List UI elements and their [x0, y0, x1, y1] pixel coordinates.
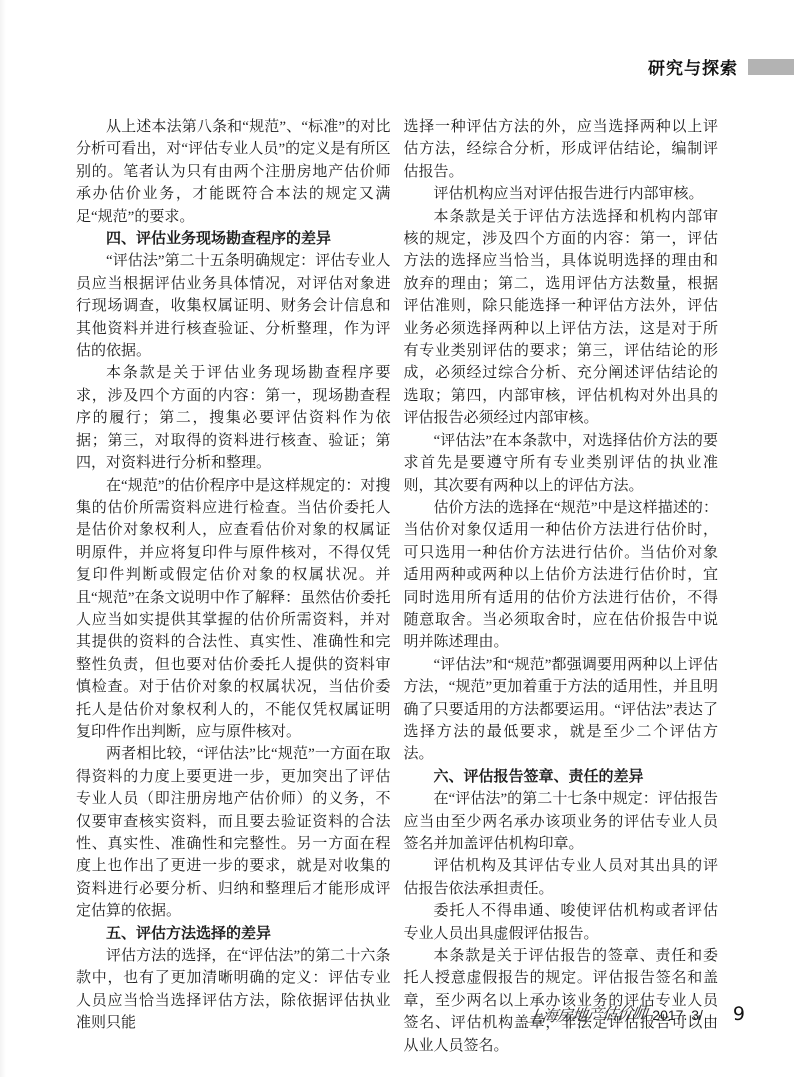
section-heading: 六、评估报告签章、责任的差异 — [404, 766, 719, 788]
paragraph: 选择一种评估方法的外，应当选择两种以上评估方法，经综合分析，形成评估结论，编制评… — [404, 116, 719, 183]
paragraph: 评估方法的选择，在“评估法”的第二十六条款中，也有了更加清晰明确的定义：评估专业… — [76, 945, 391, 1035]
paragraph: 本条款是关于评估方法选择和机构内部审核的规定，涉及四个方面的内容：第一，评估方法… — [404, 206, 719, 430]
section-heading: 五、评估方法选择的差异 — [76, 923, 391, 945]
page-number: 9 — [733, 1003, 745, 1025]
paragraph: 两者相比较，“评估法”比“规范”一方面在取得资料的力度上要更进一步，更加突出了评… — [76, 743, 391, 922]
left-column: 从上述本法第八条和“规范”、“标准”的对比分析可看出，对“评估专业人员”的定义是… — [76, 116, 391, 1057]
paragraph: 估价方法的选择在“规范”中是这样描述的：当估价对象仅适用一种估价方法进行估价时，… — [404, 497, 719, 654]
document-page: 研究与探索 从上述本法第八条和“规范”、“标准”的对比分析可看出，对“评估专业人… — [0, 0, 794, 1077]
section-heading: 四、评估业务现场勘查程序的差异 — [76, 228, 391, 250]
paragraph: “评估法”和“规范”都强调要用两种以上评估方法，“规范”更加着重于方法的适用性，… — [404, 654, 719, 766]
paragraph: 评估机构及其评估专业人员对其出具的评估报告依法承担责任。 — [404, 855, 719, 900]
paragraph: 从上述本法第八条和“规范”、“标准”的对比分析可看出，对“评估专业人员”的定义是… — [76, 116, 391, 228]
right-column: 选择一种评估方法的外，应当选择两种以上评估方法，经综合分析，形成评估结论，编制评… — [404, 116, 719, 1057]
paragraph: 本条款是关于评估业务现场勘查程序要求，涉及四个方面的内容：第一，现场勘查程序的履… — [76, 362, 391, 474]
issue-date-label: 2017. 3/ — [652, 1007, 703, 1023]
journal-logo: 上海房地产估价师 — [525, 1000, 649, 1027]
paragraph: “评估法”在本条款中，对选择估价方法的要求首先是要遵守所有专业类别评估的执业准则… — [404, 430, 719, 497]
paragraph: “评估法”第二十五条明确规定：评估专业人员应当根据评估业务具体情况，对评估对象进… — [76, 250, 391, 362]
article-body: 从上述本法第八条和“规范”、“标准”的对比分析可看出，对“评估专业人员”的定义是… — [76, 116, 718, 1057]
section-header-label: 研究与探索 — [648, 54, 738, 79]
paragraph: 委托人不得串通、唆使评估机构或者评估专业人员出具虚假评估报告。 — [404, 900, 719, 945]
header-accent-bar — [748, 59, 794, 75]
paragraph: 在“规范”的估价程序中是这样规定的：对搜集的估价所需资料应进行检查。当估价委托人… — [76, 475, 391, 744]
paragraph: 在“评估法”的第二十七条中规定：评估报告应当由至少两名承办该项业务的评估专业人员… — [404, 788, 719, 855]
page-footer: 上海房地产估价师 2017. 3/ 9 — [527, 1002, 745, 1025]
paragraph: 评估机构应当对评估报告进行内部审核。 — [404, 183, 719, 205]
page-header: 研究与探索 — [648, 54, 794, 79]
